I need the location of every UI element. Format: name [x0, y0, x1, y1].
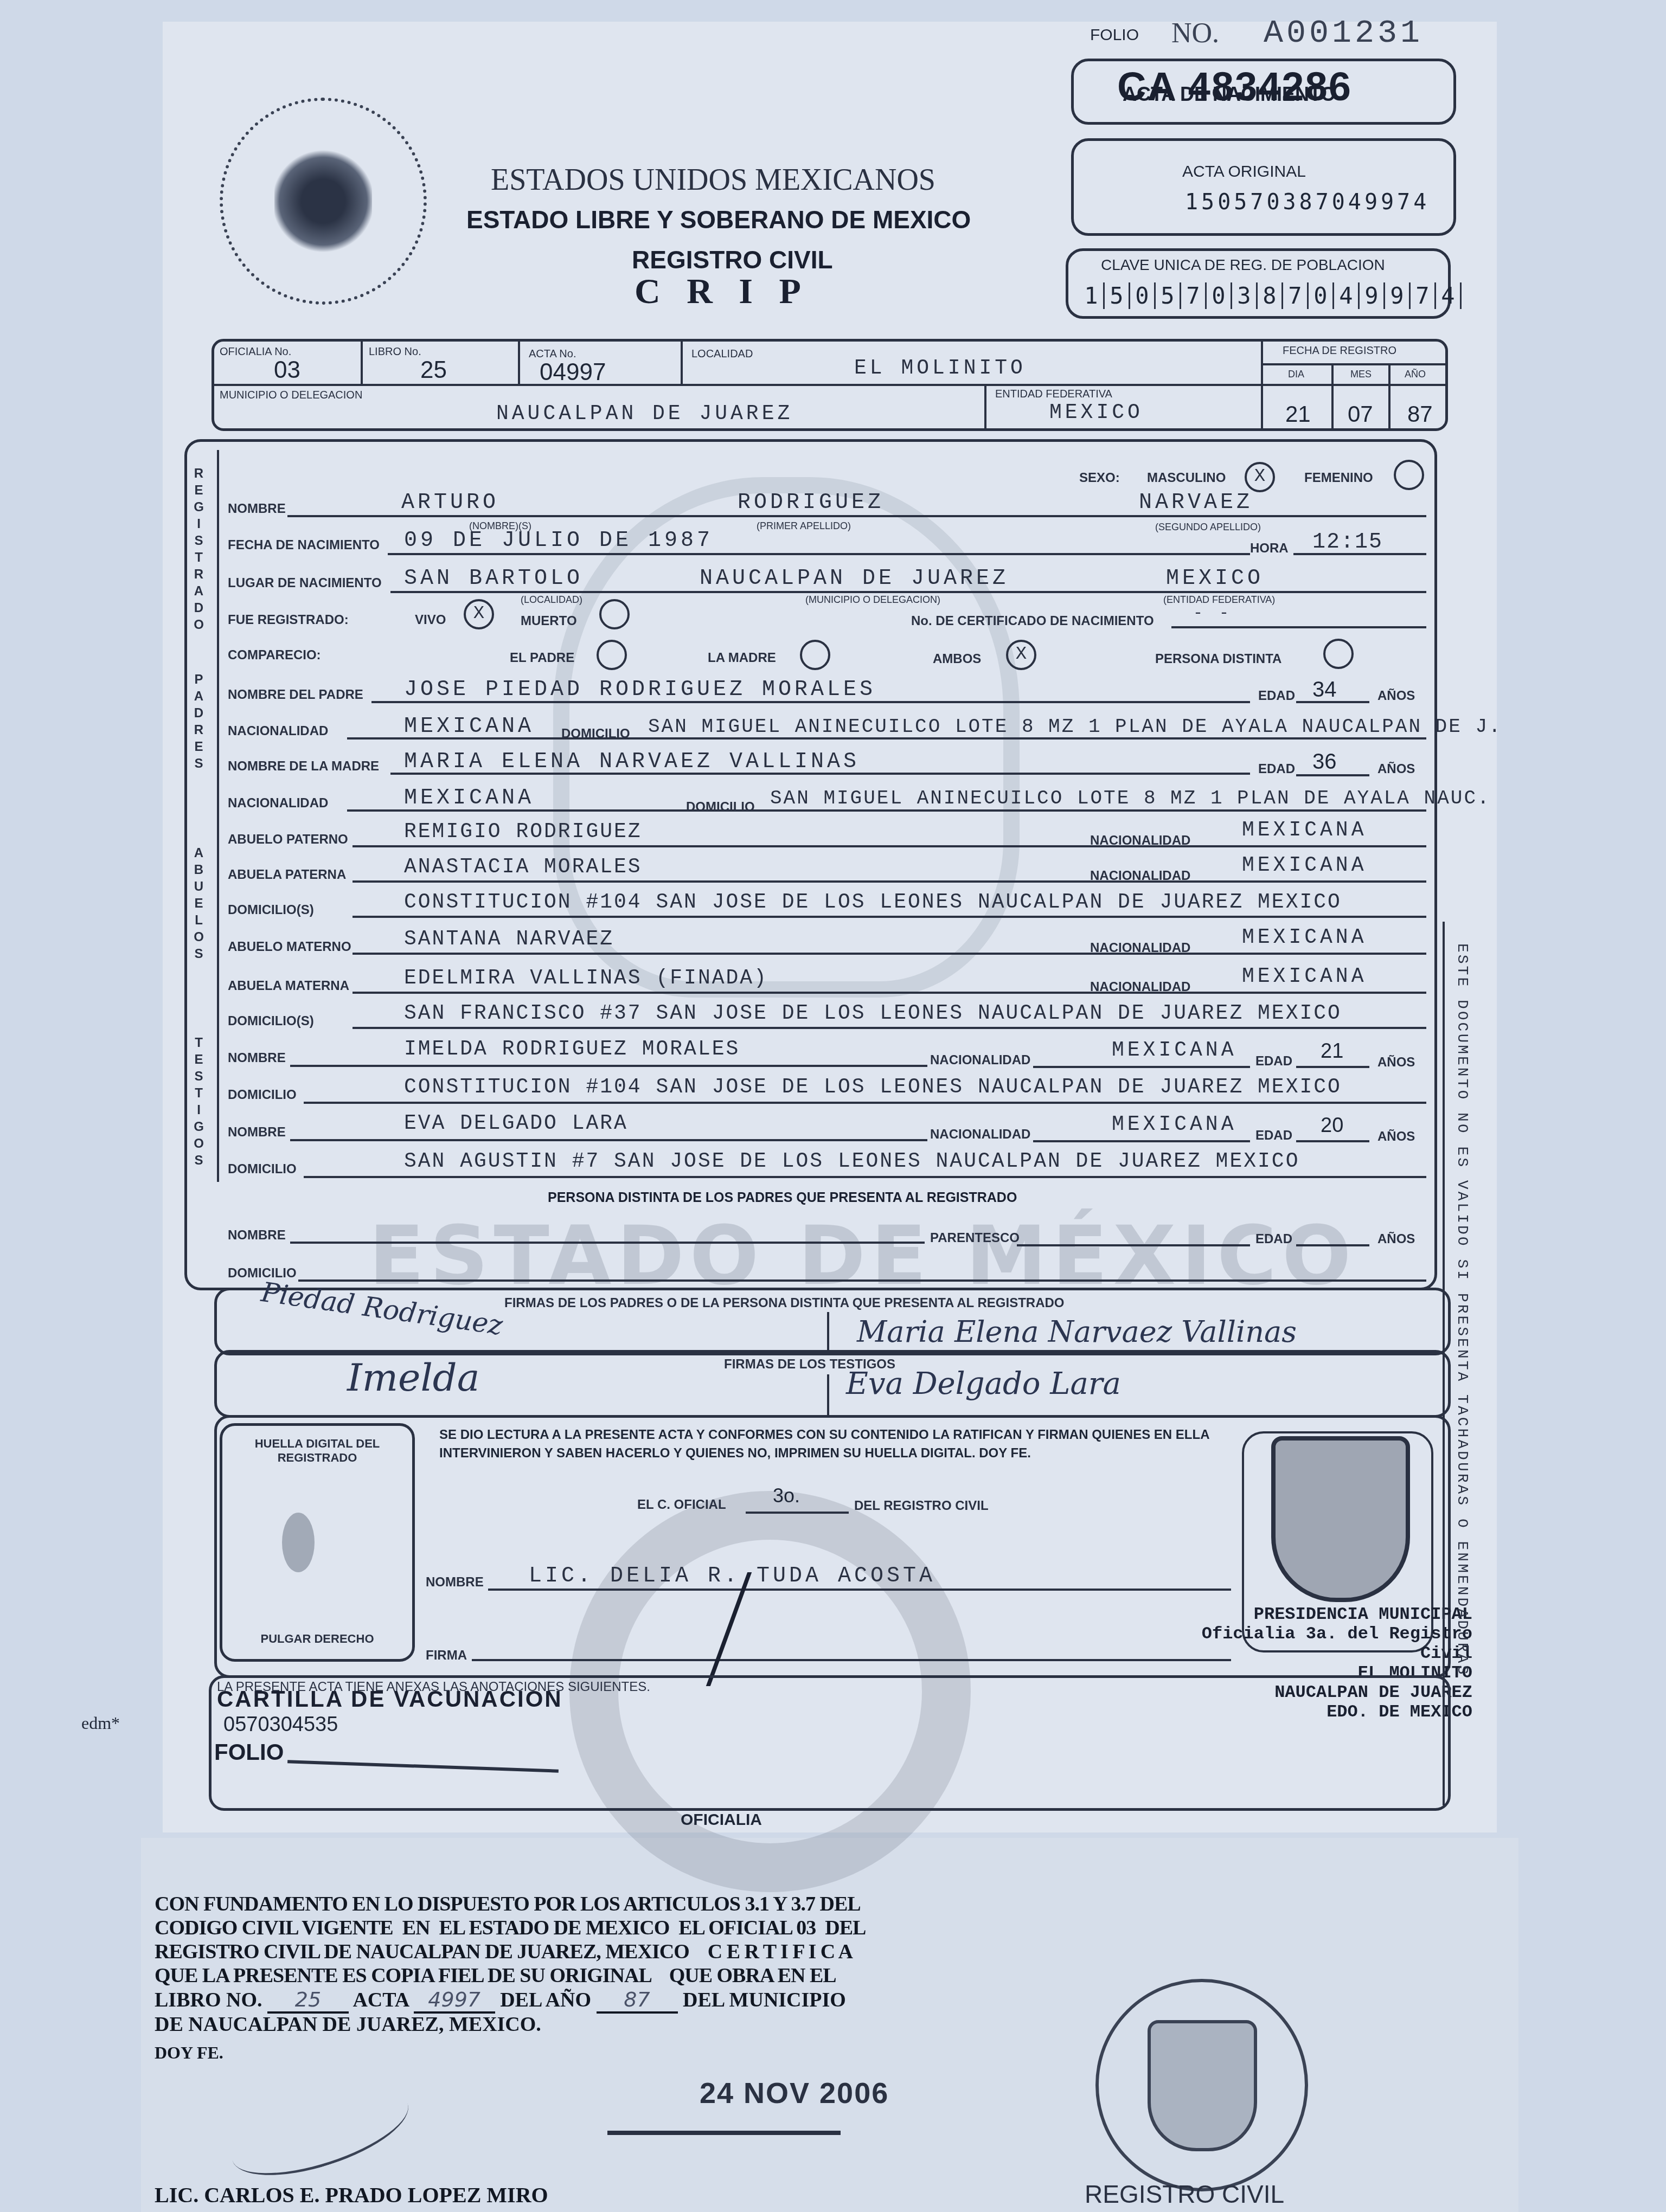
- cert-anio-value: 87: [597, 1988, 678, 2014]
- cartilla-number: 0570304535: [223, 1713, 338, 1737]
- title-crip: C R I P: [635, 271, 810, 312]
- anotacion-folio-label: FOLIO: [214, 1739, 284, 1765]
- folio-label: FOLIO: [1090, 26, 1139, 44]
- curp-digit: 4: [1334, 282, 1360, 309]
- ca-number-box: CA 4834286 ACTA DE NACIMIENTO: [1071, 59, 1456, 125]
- testigo-nombre-value: EVA DELGADO LARA: [404, 1112, 628, 1135]
- abuelo-label: ABUELO PATERNO: [228, 832, 348, 847]
- firma-label: FIRMA: [426, 1648, 467, 1663]
- testigo-edad-value: 21: [1321, 1040, 1343, 1063]
- testigo-nombre-value: IMELDA RODRIGUEZ MORALES: [404, 1038, 740, 1061]
- testigo2-signature: Eva Delgado Lara: [846, 1366, 1121, 1401]
- comparecio-label: COMPARECIO:: [228, 648, 321, 663]
- persona-distinta-label: PERSONA DISTINTA: [1155, 652, 1281, 667]
- cert-last-line: DE NAUCALPAN DE JUAREZ, MEXICO.: [155, 2012, 541, 2036]
- certifier-name: LIC. CARLOS E. PRADO LOPEZ MIRO: [155, 2182, 548, 2208]
- pulgar-label: PULGAR DERECHO: [239, 1632, 396, 1646]
- doc-type: ACTA DE NACIMIENTO: [1123, 83, 1336, 106]
- oficial-number: 3o.: [773, 1484, 800, 1507]
- certification-text: CON FUNDAMENTO EN LO DISPUESTO POR LOS A…: [155, 1892, 866, 1988]
- curp-digit: 1: [1079, 282, 1105, 309]
- primer-apellido-caption: (PRIMER APELLIDO): [757, 520, 851, 532]
- abuelo-label: DOMICILIO(S): [228, 1014, 314, 1029]
- muerto-checkbox[interactable]: [599, 599, 630, 629]
- madre-nacionalidad-value: MEXICANA: [404, 786, 534, 811]
- lugar-localidad-value: SAN BARTOLO: [404, 567, 583, 591]
- la-madre-label: LA MADRE: [708, 651, 776, 666]
- section-registrado-label: REGISTRADO: [191, 466, 206, 634]
- lugar-municipio-value: NAUCALPAN DE JUAREZ: [700, 567, 1009, 591]
- cert-acta-value: 4997: [414, 1988, 495, 2014]
- thumbprint-icon: [282, 1513, 315, 1572]
- mes-value: 07: [1348, 401, 1373, 427]
- madre-value: MARIA ELENA NARVAEZ VALLINAS: [404, 750, 860, 774]
- huella-label: HUELLA DIGITAL DEL REGISTRADO: [239, 1437, 396, 1465]
- localidad-label: LOCALIDAD: [691, 348, 753, 361]
- testigo-nacionalidad-label: NACIONALIDAD: [930, 1127, 1030, 1142]
- abuelo-nacionalidad-value: MEXICANA: [1242, 854, 1367, 877]
- el-padre-checkbox[interactable]: [597, 640, 627, 670]
- curp-label: CLAVE UNICA DE REG. DE POBLACION: [1101, 256, 1385, 274]
- masculino-label: MASCULINO: [1147, 471, 1226, 486]
- hora-value: 12:15: [1312, 530, 1383, 555]
- acta-original-label: ACTA ORIGINAL: [1182, 163, 1306, 181]
- testigo-domicilio-label: DOMICILIO: [228, 1162, 297, 1177]
- muerto-label: MUERTO: [521, 614, 577, 629]
- el-padre-label: EL PADRE: [510, 651, 574, 666]
- acta-original-number: 150570387049974: [1185, 190, 1430, 215]
- cert-anio-label: DEL AÑO: [500, 1989, 591, 2011]
- persona-distinta-checkbox[interactable]: [1323, 639, 1354, 669]
- validity-side-note: ESTE DOCUMENTO NO ES VALIDO SI PRESENTA …: [1453, 943, 1470, 1676]
- mexico-eagle-seal-icon: [220, 98, 427, 305]
- municipio-value: NAUCALPAN DE JUAREZ: [496, 402, 793, 426]
- testigo-domicilio-value: SAN AGUSTIN #7 SAN JOSE DE LOS LEONES NA…: [404, 1150, 1299, 1173]
- curp-digit: 5: [1156, 282, 1181, 309]
- cartilla-label: CARTILLA DE VACUNACION: [217, 1686, 563, 1712]
- title-estados-unidos: ESTADOS UNIDOS MEXICANOS: [491, 163, 935, 197]
- padre-anios-label: AÑOS: [1377, 689, 1415, 704]
- madre-anios-label: AÑOS: [1377, 762, 1415, 777]
- testigo-anios-label: AÑOS: [1377, 1129, 1415, 1144]
- cert-acta-label: ACTA: [353, 1989, 408, 2011]
- localidad-value: EL MOLINITO: [854, 357, 1026, 380]
- oficial-suffix: DEL REGISTRO CIVIL: [854, 1499, 989, 1514]
- title-registro-civil: REGISTRO CIVIL: [632, 245, 833, 274]
- abuelo-value: EDELMIRA VALLINAS (FINADA): [404, 967, 768, 990]
- municipal-shield-icon: [1271, 1436, 1410, 1602]
- huella-box: HUELLA DIGITAL DEL REGISTRADO PULGAR DER…: [220, 1423, 415, 1662]
- curp-box: CLAVE UNICA DE REG. DE POBLACION 1505703…: [1066, 248, 1451, 319]
- testigo-domicilio-label: DOMICILIO: [228, 1088, 297, 1103]
- abuelo-nacionalidad-value: MEXICANA: [1242, 926, 1367, 949]
- stamp-line: PRESIDENCIA MUNICIPAL: [1190, 1605, 1472, 1624]
- oficial-prefix: EL C. OFICIAL: [637, 1497, 726, 1513]
- madre-label: NOMBRE DE LA MADRE: [228, 759, 379, 774]
- sexo-label: SEXO:: [1079, 471, 1120, 486]
- dia-value: 21: [1285, 401, 1311, 427]
- certification-libro-line: LIBRO NO. 25 ACTA 4997 DEL AÑO 87 DEL MU…: [155, 1988, 846, 2014]
- padre-edad-value: 34: [1312, 678, 1337, 702]
- fecha-nacimiento-label: FECHA DE NACIMIENTO: [228, 538, 380, 553]
- testigo-anios-label: AÑOS: [1377, 1055, 1415, 1070]
- abuelo-value: REMIGIO RODRIGUEZ: [404, 820, 642, 844]
- dia-label: DIA: [1288, 369, 1304, 380]
- testigo-nombre-label: NOMBRE: [228, 1125, 286, 1140]
- entidad-caption: (ENTIDAD FEDERATIVA): [1163, 594, 1275, 606]
- nombre-value: ARTURO: [401, 491, 499, 515]
- cert-libro-value: 25: [267, 1988, 349, 2014]
- curp-digits: 150570387049974: [1079, 282, 1462, 309]
- persona-distinta-title: PERSONA DISTINTA DE LOS PADRES QUE PRESE…: [548, 1190, 1017, 1206]
- lugar-entidad-value: MEXICO: [1166, 567, 1264, 591]
- oficialia-value: 03: [274, 357, 300, 384]
- abuelo-nacionalidad-label: NACIONALIDAD: [1090, 980, 1190, 995]
- curp-digit: 4: [1436, 282, 1462, 309]
- ambos-checkbox[interactable]: X: [1006, 640, 1036, 670]
- lugar-nacimiento-label: LUGAR DE NACIMIENTO: [228, 576, 382, 591]
- fecha-nacimiento-value: 09 DE JULIO DE 1987: [404, 529, 713, 553]
- abuelo-label: ABUELA MATERNA: [228, 979, 349, 994]
- folio-no-label: NO.: [1171, 17, 1219, 49]
- registration-header: OFICIALIA No. 03 LIBRO No. 25 ACTA No. 0…: [212, 339, 1448, 431]
- date-stamp: 24 NOV 2006: [700, 2076, 889, 2110]
- edm-mark: edm*: [81, 1713, 120, 1733]
- localidad-caption: (LOCALIDAD): [521, 594, 582, 606]
- madre-domicilio-label: DOMICILIO: [686, 800, 755, 815]
- abuelo-label: ABUELO MATERNO: [228, 940, 351, 955]
- entidad-label: ENTIDAD FEDERATIVA: [995, 388, 1112, 401]
- ambos-label: AMBOS: [933, 652, 981, 667]
- vivo-label: VIVO: [415, 613, 446, 628]
- oficial-nombre-label: NOMBRE: [426, 1575, 484, 1590]
- nombre-label: NOMBRE: [228, 501, 286, 517]
- abuelo-nacionalidad-value: MEXICANA: [1242, 819, 1367, 842]
- curp-digit: 5: [1105, 282, 1130, 309]
- padre-edad-label: EDAD: [1258, 689, 1295, 704]
- curp-digit: 0: [1130, 282, 1156, 309]
- padre-nacionalidad-label: NACIONALIDAD: [228, 724, 328, 739]
- entidad-value: MEXICO: [1049, 401, 1143, 425]
- hora-label: HORA: [1250, 541, 1289, 556]
- testigo-nacionalidad-value: MEXICANA: [1112, 1113, 1236, 1136]
- abuelo-nacionalidad-value: MEXICANA: [1242, 965, 1367, 988]
- curp-digit: 7: [1411, 282, 1436, 309]
- segundo-apellido-value: NARVAEZ: [1139, 491, 1253, 515]
- abuelo-value: CONSTITUCION #104 SAN JOSE DE LOS LEONES…: [404, 891, 1342, 914]
- municipio-label: MUNICIPIO O DELEGACION: [220, 389, 362, 402]
- curp-digit: 9: [1360, 282, 1385, 309]
- abuelo-nacionalidad-label: NACIONALIDAD: [1090, 941, 1190, 956]
- padre-domicilio-value: SAN MIGUEL ANINECUILCO LOTE 8 MZ 1 PLAN …: [648, 716, 1502, 738]
- persona-distinta-domicilio-label: DOMICILIO: [228, 1266, 297, 1281]
- femenino-checkbox[interactable]: [1394, 460, 1424, 490]
- cert-municipio-label: DEL MUNICIPIO: [683, 1989, 846, 2011]
- abuelo-nacionalidad-label: NACIONALIDAD: [1090, 869, 1190, 884]
- testigo-edad-value: 20: [1321, 1114, 1343, 1137]
- testigo-nacionalidad-label: NACIONALIDAD: [930, 1053, 1030, 1068]
- testigo-edad-label: EDAD: [1255, 1054, 1292, 1069]
- padre-label: NOMBRE DEL PADRE: [228, 687, 363, 703]
- padre-nacionalidad-value: MEXICANA: [404, 715, 534, 739]
- libro-label: LIBRO No.: [369, 346, 421, 358]
- firmas-padres-label: FIRMAS DE LOS PADRES O DE LA PERSONA DIS…: [504, 1296, 1065, 1311]
- fue-registrado-label: FUE REGISTRADO:: [228, 613, 349, 628]
- curp-digit: 9: [1385, 282, 1411, 309]
- cert-libro-label: LIBRO NO.: [155, 1989, 262, 2011]
- curp-digit: 7: [1283, 282, 1309, 309]
- madre-domicilio-value: SAN MIGUEL ANINECUILCO LOTE 8 MZ 1 PLAN …: [770, 787, 1491, 809]
- femenino-label: FEMENINO: [1304, 471, 1373, 486]
- certificado-label: No. DE CERTIFICADO DE NACIMIENTO: [911, 614, 1154, 629]
- municipio-caption: (MUNICIPIO O DELEGACION): [805, 594, 940, 606]
- abuelo-label: DOMICILIO(S): [228, 903, 314, 918]
- primer-apellido-value: RODRIGUEZ: [738, 491, 884, 515]
- registro-civil-seal-label: REGISTRO CIVIL: [1085, 2179, 1284, 2209]
- section-abuelos-label: ABUELOS: [191, 846, 206, 963]
- madre-edad-value: 36: [1312, 750, 1337, 774]
- la-madre-checkbox[interactable]: [800, 640, 830, 670]
- madre-nacionalidad-label: NACIONALIDAD: [228, 796, 328, 811]
- certificado-value: - -: [1193, 605, 1232, 623]
- abuelo-value: SAN FRANCISCO #37 SAN JOSE DE LOS LEONES…: [404, 1002, 1342, 1025]
- curp-digit: 3: [1232, 282, 1258, 309]
- persona-distinta-anios-label: AÑOS: [1377, 1232, 1415, 1247]
- oficialia-footer: OFICIALIA: [681, 1811, 762, 1829]
- anio-label: AÑO: [1405, 369, 1426, 380]
- curp-digit: 8: [1258, 282, 1283, 309]
- padre-domicilio-label: DOMICILIO: [561, 726, 630, 742]
- abuelo-value: SANTANA NARVAEZ: [404, 928, 614, 951]
- acta-value: 04997: [540, 359, 606, 386]
- curp-digit: 0: [1309, 282, 1334, 309]
- title-estado-libre: ESTADO LIBRE Y SOBERANO DE MEXICO: [466, 205, 971, 234]
- acta-original-box: ACTA ORIGINAL 150570387049974: [1071, 138, 1456, 236]
- cert-doy-fe: DOY FE.: [155, 2043, 223, 2063]
- vivo-checkbox[interactable]: X: [464, 599, 494, 629]
- anio-value: 87: [1407, 401, 1433, 427]
- stamp-line: Oficialia 3a. del Registro Civil: [1190, 1624, 1472, 1663]
- madre-signature: Maria Elena Narvaez Vallinas: [857, 1315, 1297, 1349]
- mes-label: MES: [1350, 369, 1372, 380]
- abuelo-nacionalidad-label: NACIONALIDAD: [1090, 833, 1190, 848]
- folio-number: A001231: [1264, 15, 1423, 52]
- fecha-registro-label: FECHA DE REGISTRO: [1283, 345, 1396, 357]
- section-testigos-label: TESTIGOS: [191, 1036, 206, 1170]
- testigo-nombre-label: NOMBRE: [228, 1051, 286, 1066]
- madre-edad-label: EDAD: [1258, 762, 1295, 777]
- section-padres-label: PADRES: [191, 672, 206, 773]
- curp-digit: 7: [1181, 282, 1207, 309]
- testigo-nacionalidad-value: MEXICANA: [1112, 1039, 1236, 1062]
- lectura-text: SE DIO LECTURA A LA PRESENTE ACTA Y CONF…: [439, 1426, 1209, 1463]
- persona-distinta-edad-label: EDAD: [1255, 1232, 1292, 1247]
- masculino-checkbox[interactable]: X: [1245, 462, 1275, 492]
- padre-value: JOSE PIEDAD RODRIGUEZ MORALES: [404, 678, 876, 702]
- testigo1-signature: Imelda: [347, 1355, 479, 1400]
- abuelo-value: ANASTACIA MORALES: [404, 856, 642, 879]
- persona-distinta-nombre-label: NOMBRE: [228, 1228, 286, 1243]
- curp-digit: 0: [1207, 282, 1232, 309]
- persona-distinta-parentesco-label: PARENTESCO: [930, 1231, 1020, 1246]
- segundo-apellido-caption: (SEGUNDO APELLIDO): [1155, 522, 1261, 533]
- abuelo-label: ABUELA PATERNA: [228, 867, 346, 883]
- testigo-domicilio-value: CONSTITUCION #104 SAN JOSE DE LOS LEONES…: [404, 1076, 1342, 1099]
- registro-civil-seal-icon: [1095, 1979, 1308, 2191]
- libro-value: 25: [420, 357, 447, 384]
- testigo-edad-label: EDAD: [1255, 1128, 1292, 1143]
